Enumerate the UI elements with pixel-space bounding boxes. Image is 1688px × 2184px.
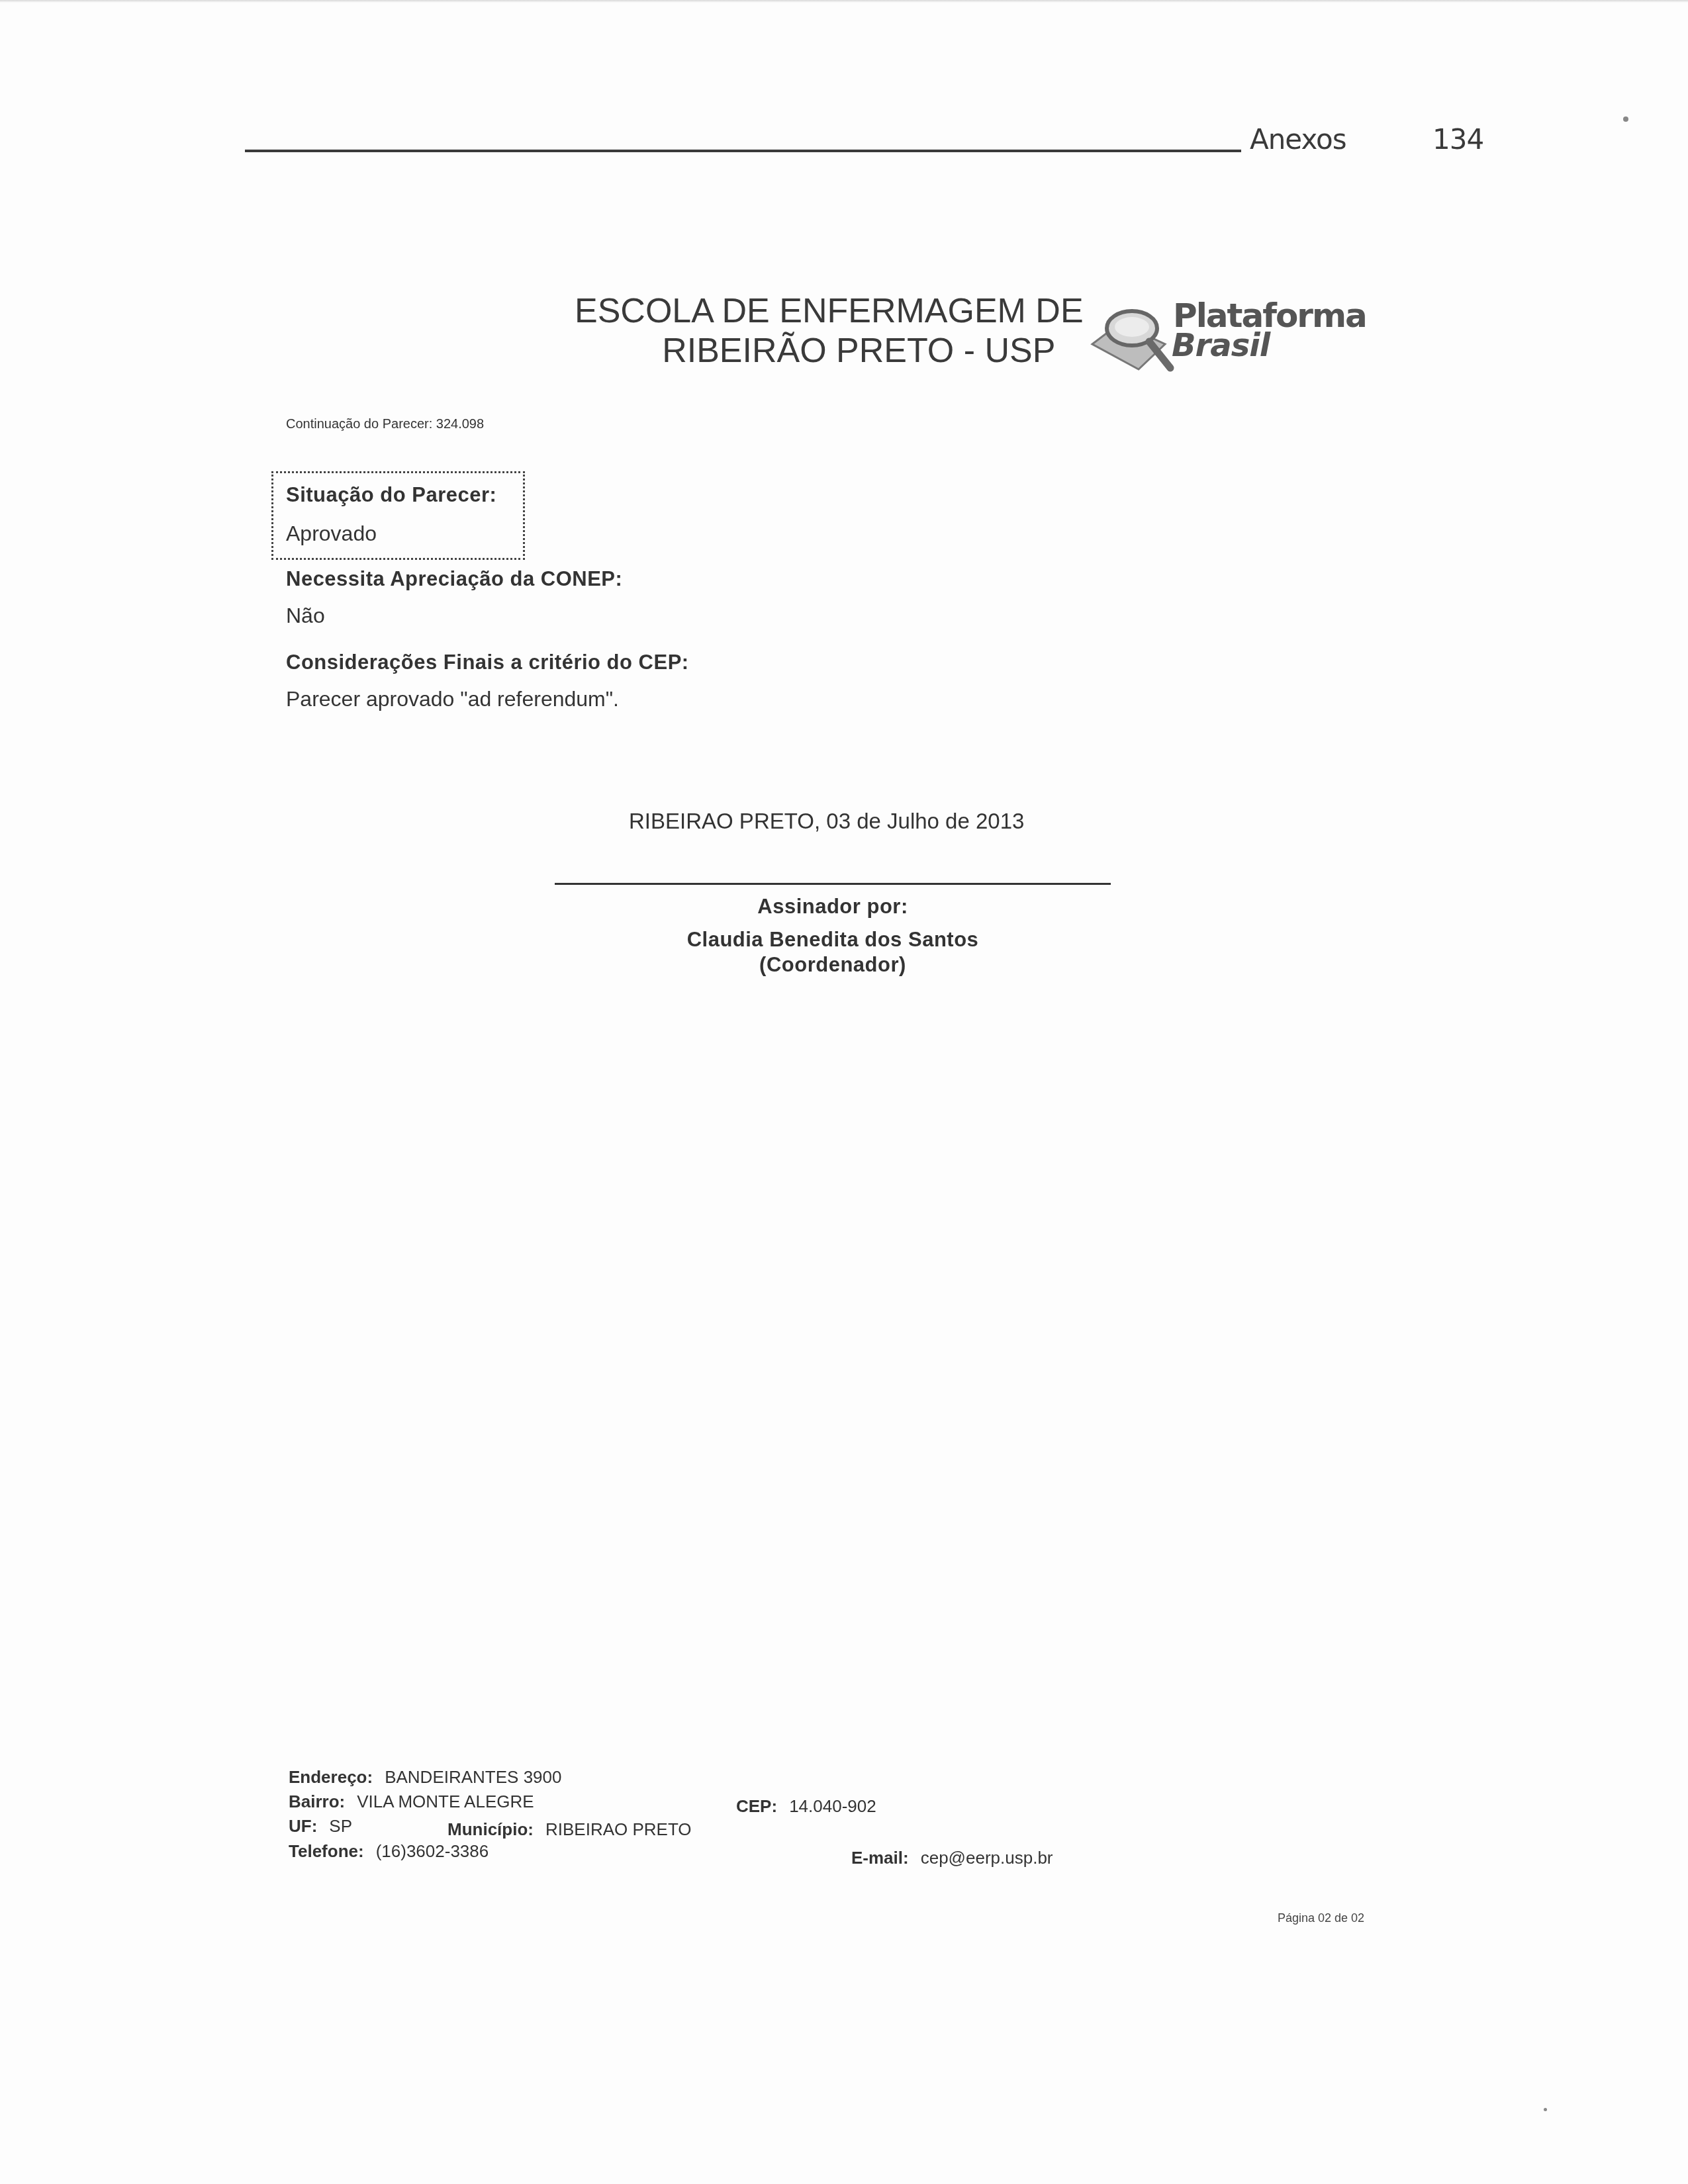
footer-uf-value: SP	[329, 1816, 352, 1836]
footer-telefone-value: (16)3602-3386	[376, 1841, 489, 1861]
footer-bairro-value: VILA MONTE ALEGRE	[357, 1792, 534, 1811]
signed-by-label: Assinador por:	[555, 895, 1111, 919]
footer-telefone-label: Telefone:	[289, 1841, 364, 1861]
footer-telefone: Telefone:(16)3602-3386	[289, 1841, 489, 1862]
field-value-consideracoes: Parecer aprovado "ad referendum".	[286, 687, 619, 711]
footer-endereco: Endereço:BANDEIRANTES 3900	[289, 1767, 561, 1788]
footer-municipio-value: RIBEIRAO PRETO	[545, 1819, 692, 1839]
footer-municipio: Município:RIBEIRAO PRETO	[447, 1819, 692, 1840]
footer-cep-value: 14.040-902	[789, 1796, 876, 1816]
footer-uf-label: UF:	[289, 1816, 317, 1836]
institution-name: ESCOLA DE ENFERMAGEM DE RIBEIRÃO PRETO -…	[575, 291, 1084, 371]
footer-cep-label: CEP:	[736, 1796, 777, 1816]
header-rule	[245, 150, 1241, 152]
footer-uf: UF:SP	[289, 1816, 352, 1837]
logo-text-brasil: Brasil	[1172, 327, 1270, 364]
footer-bairro-label: Bairro:	[289, 1792, 345, 1811]
signer-name: Claudia Benedita dos Santos	[555, 928, 1111, 952]
footer-municipio-label: Município:	[447, 1819, 534, 1839]
footer-endereco-label: Endereço:	[289, 1767, 373, 1787]
field-label-situacao: Situação do Parecer:	[286, 483, 496, 507]
field-value-conep: Não	[286, 604, 325, 628]
scan-speck	[1544, 2108, 1547, 2111]
footer-email-value: cep@eerp.usp.br	[921, 1848, 1053, 1868]
footer-page-indicator: Página 02 de 02	[1278, 1911, 1364, 1925]
running-header-page-number: 134	[1432, 123, 1483, 156]
signature-line	[555, 883, 1111, 885]
field-value-situacao: Aprovado	[286, 522, 377, 546]
place-date: RIBEIRAO PRETO, 03 de Julho de 2013	[629, 809, 1024, 834]
footer-cep: CEP:14.040-902	[736, 1796, 876, 1817]
scan-edge	[0, 0, 1688, 3]
scanned-page: Anexos 134 ESCOLA DE ENFERMAGEM DE RIBEI…	[0, 0, 1688, 2184]
institution-line-2: RIBEIRÃO PRETO - USP	[575, 331, 1084, 371]
footer-email: E-mail:cep@eerp.usp.br	[851, 1848, 1053, 1868]
running-header-section: Anexos	[1250, 123, 1346, 156]
footer-email-label: E-mail:	[851, 1848, 909, 1868]
institution-line-1: ESCOLA DE ENFERMAGEM DE	[575, 292, 1084, 330]
footer-endereco-value: BANDEIRANTES 3900	[385, 1767, 561, 1787]
field-label-consideracoes: Considerações Finais a critério do CEP:	[286, 651, 689, 674]
footer-bairro: Bairro:VILA MONTE ALEGRE	[289, 1792, 534, 1812]
continuation-label: Continuação do Parecer: 324.098	[286, 417, 484, 432]
scan-speck	[1623, 116, 1628, 122]
signer-role: (Coordenador)	[555, 953, 1111, 977]
field-label-conep: Necessita Apreciação da CONEP:	[286, 567, 622, 591]
